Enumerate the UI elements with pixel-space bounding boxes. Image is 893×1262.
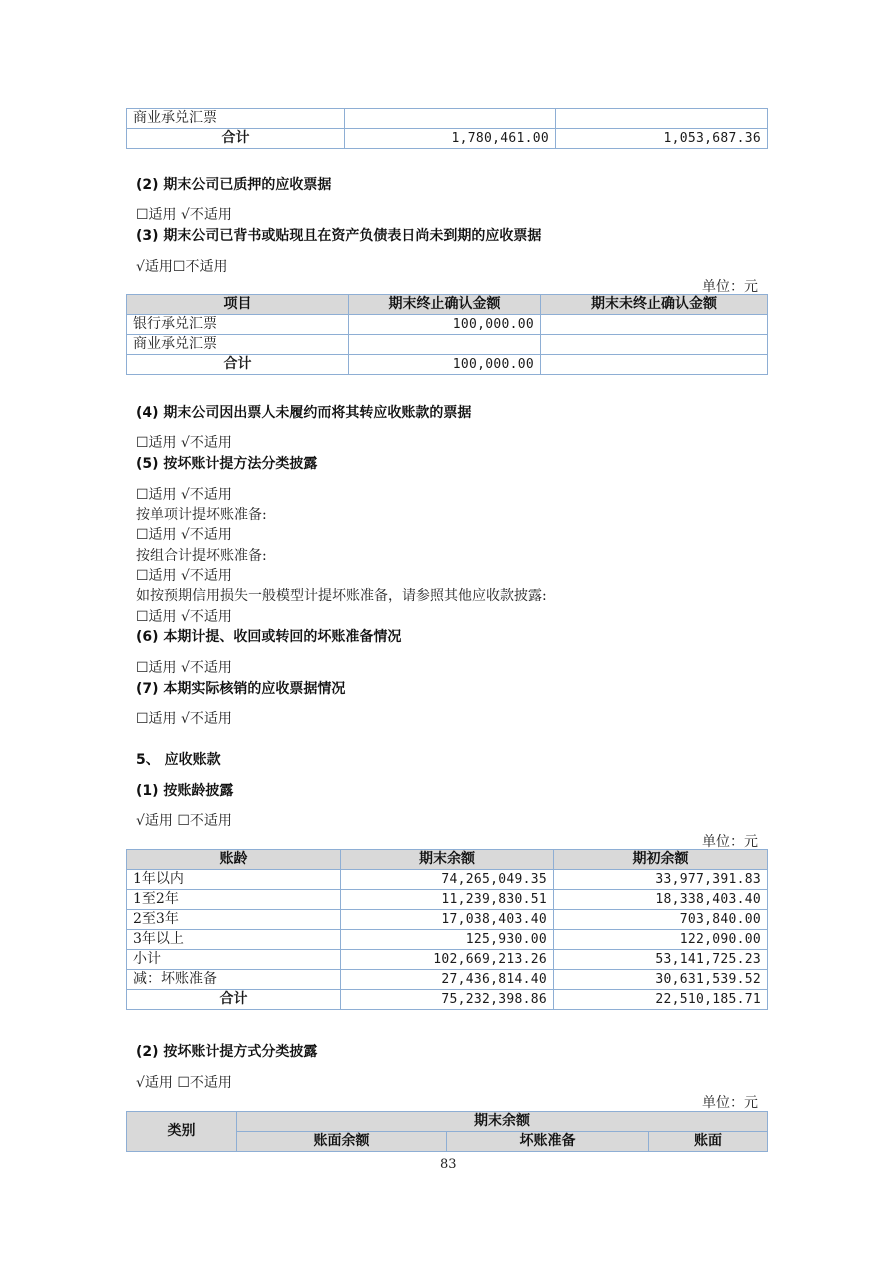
applicability-write-offs: ☐适用 √不适用 — [136, 708, 232, 728]
end-balance: 17,038,403.40 — [341, 910, 554, 930]
table-row: 1年以内 74,265,049.35 33,977,391.83 — [127, 870, 768, 890]
begin-balance: 53,141,725.23 — [554, 950, 768, 970]
row-label: 合计 — [127, 129, 345, 149]
begin-balance: 703,840.00 — [554, 910, 768, 930]
portfolio-provision-label: 按组合计提坏账准备: — [136, 545, 267, 565]
table-row: 减：坏账准备 27,436,814.40 30,631,539.52 — [127, 970, 768, 990]
applicability-bad-debt-method: ☐适用 √不适用 — [136, 484, 232, 504]
end-balance: 27,436,814.40 — [341, 970, 554, 990]
col-header: 账面 — [649, 1132, 768, 1152]
col-header: 期末余额 — [341, 850, 554, 870]
end-balance: 102,669,213.26 — [341, 950, 554, 970]
col-header: 期末未终止确认金额 — [541, 295, 768, 315]
row-label: 合计 — [127, 355, 349, 375]
row-label: 3年以上 — [127, 930, 341, 950]
applicability-individual: ☐适用 √不适用 — [136, 524, 232, 544]
row-label: 1至2年 — [127, 890, 341, 910]
col-header: 期末终止确认金额 — [349, 295, 541, 315]
applicability-default: ☐适用 √不适用 — [136, 432, 232, 452]
section-heading-pledged: (2) 期末公司已质押的应收票据 — [136, 174, 331, 194]
col-header: 期初余额 — [554, 850, 768, 870]
applicability-provision-changes: ☐适用 √不适用 — [136, 657, 232, 677]
not-derecognized-amount — [541, 335, 768, 355]
row-label: 商业承兑汇票 — [127, 335, 349, 355]
col-header: 账面余额 — [237, 1132, 447, 1152]
individual-provision-label: 按单项计提坏账准备: — [136, 504, 267, 524]
derecognized-amount — [349, 335, 541, 355]
begin-balance: 18,338,403.40 — [554, 890, 768, 910]
endorsed-bills-table: 项目 期末终止确认金额 期末未终止确认金额 银行承兑汇票 100,000.00 … — [126, 294, 768, 375]
end-balance: 75,232,398.86 — [341, 990, 554, 1010]
derecognized-amount: 100,000.00 — [349, 355, 541, 375]
table-header: 账龄 期末余额 期初余额 — [127, 850, 768, 870]
section-heading-default: (4) 期末公司因出票人未履约而将其转应收账款的票据 — [136, 402, 471, 422]
end-balance: 1,780,461.00 — [345, 129, 556, 149]
page-number: 83 — [440, 1157, 457, 1172]
notes-receivable-table-continued: 商业承兑汇票 合计 1,780,461.00 1,053,687.36 — [126, 108, 768, 149]
applicability-portfolio: ☐适用 √不适用 — [136, 565, 232, 585]
end-balance: 74,265,049.35 — [341, 870, 554, 890]
row-label: 合计 — [127, 990, 341, 1010]
begin-balance: 30,631,539.52 — [554, 970, 768, 990]
table-row-total: 合计 1,780,461.00 1,053,687.36 — [127, 129, 768, 149]
applicability-ecl: ☐适用 √不适用 — [136, 606, 232, 626]
table-row-total: 合计 100,000.00 — [127, 355, 768, 375]
col-header: 账龄 — [127, 850, 341, 870]
unit-label: 单位：元 — [702, 1092, 758, 1112]
table-row-total: 合计 75,232,398.86 22,510,185.71 — [127, 990, 768, 1010]
applicability-endorsed: √适用☐不适用 — [136, 256, 227, 276]
table-header: 项目 期末终止确认金额 期末未终止确认金额 — [127, 295, 768, 315]
table-row: 银行承兑汇票 100,000.00 — [127, 315, 768, 335]
begin-balance: 1,053,687.36 — [556, 129, 768, 149]
table-row: 小计 102,669,213.26 53,141,725.23 — [127, 950, 768, 970]
applicability-aging: √适用 ☐不适用 — [136, 810, 232, 830]
row-label: 银行承兑汇票 — [127, 315, 349, 335]
row-label: 2至3年 — [127, 910, 341, 930]
row-label: 商业承兑汇票 — [127, 109, 345, 129]
unit-label: 单位：元 — [702, 831, 758, 851]
table-row: 3年以上 125,930.00 122,090.00 — [127, 930, 768, 950]
section-heading-provision-changes: (6) 本期计提、收回或转回的坏账准备情况 — [136, 626, 401, 646]
section-heading-endorsed: (3) 期末公司已背书或贴现且在资产负债表日尚未到期的应收票据 — [136, 225, 541, 245]
table-row: 2至3年 17,038,403.40 703,840.00 — [127, 910, 768, 930]
not-derecognized-amount — [541, 355, 768, 375]
section-heading-bad-debt-classification: (2) 按坏账计提方式分类披露 — [136, 1041, 317, 1061]
row-label: 1年以内 — [127, 870, 341, 890]
end-balance: 125,930.00 — [341, 930, 554, 950]
row-label: 减：坏账准备 — [127, 970, 341, 990]
unit-label: 单位：元 — [702, 276, 758, 296]
section-heading-aging: (1) 按账龄披露 — [136, 780, 233, 800]
applicability-pledged: ☐适用 √不适用 — [136, 204, 232, 224]
table-row: 商业承兑汇票 — [127, 109, 768, 129]
applicability-bad-debt-classification: √适用 ☐不适用 — [136, 1072, 232, 1092]
col-header-group: 期末余额 — [237, 1112, 768, 1132]
not-derecognized-amount — [541, 315, 768, 335]
aging-table: 账龄 期末余额 期初余额 1年以内 74,265,049.35 33,977,3… — [126, 849, 768, 1010]
begin-balance — [556, 109, 768, 129]
bad-debt-classification-table: 类别 期末余额 账面余额 坏账准备 账面 — [126, 1111, 768, 1152]
ecl-note: 如按预期信用损失一般模型计提坏账准备，请参照其他应收款披露: — [136, 585, 547, 605]
col-header: 项目 — [127, 295, 349, 315]
section-heading-accounts-receivable: 5、 应收账款 — [136, 749, 221, 769]
end-balance — [345, 109, 556, 129]
begin-balance: 22,510,185.71 — [554, 990, 768, 1010]
table-row: 1至2年 11,239,830.51 18,338,403.40 — [127, 890, 768, 910]
col-header-category: 类别 — [127, 1112, 237, 1152]
section-heading-write-offs: (7) 本期实际核销的应收票据情况 — [136, 678, 345, 698]
table-row: 商业承兑汇票 — [127, 335, 768, 355]
begin-balance: 122,090.00 — [554, 930, 768, 950]
end-balance: 11,239,830.51 — [341, 890, 554, 910]
col-header: 坏账准备 — [447, 1132, 649, 1152]
row-label: 小计 — [127, 950, 341, 970]
section-heading-bad-debt-method: (5) 按坏账计提方法分类披露 — [136, 453, 317, 473]
begin-balance: 33,977,391.83 — [554, 870, 768, 890]
table-header: 类别 期末余额 — [127, 1112, 768, 1132]
derecognized-amount: 100,000.00 — [349, 315, 541, 335]
